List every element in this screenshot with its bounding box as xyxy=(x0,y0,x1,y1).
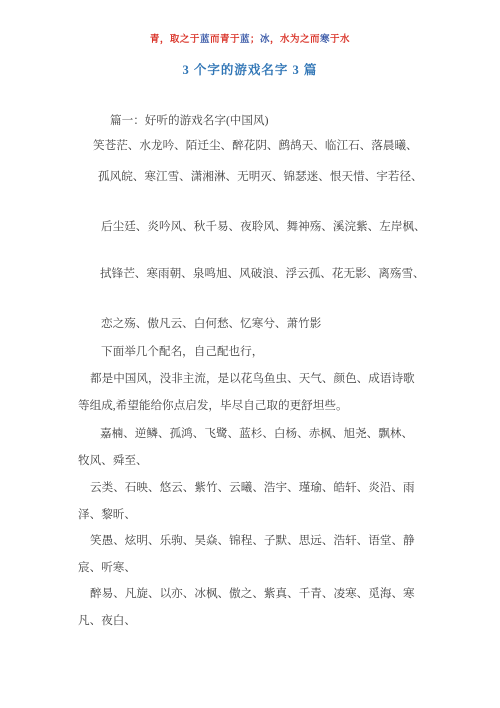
section-heading: 篇一：好听的游戏名字(中国风) xyxy=(78,107,415,134)
page-title: 3 个字的游戏名字 3 篇 xyxy=(0,61,500,79)
quote-segment: 青，取之于 xyxy=(150,35,200,45)
name-list-line: 孤风皖、寒江雪、潇湘淋、无明灭、锦瑟迷、恨天惜、宇若径、 xyxy=(78,163,415,190)
document-page: 青，取之于蓝而青于蓝；冰，水为之而寒于水 3 个字的游戏名字 3 篇 篇一：好听… xyxy=(0,0,500,708)
quote-segment: 蓝 xyxy=(240,35,250,45)
name-list-line: 笑苍茫、水龙吟、陌迁尘、醉花阴、鹧鸪天、临江石、落晨曦、 xyxy=(78,132,415,159)
document-body: 篇一：好听的游戏名字(中国风) 笑苍茫、水龙吟、陌迁尘、醉花阴、鹧鸪天、临江石、… xyxy=(78,107,415,634)
name-list-line: 后尘廷、炎吟风、秋千易、夜聆风、舞神殇、溪浣紫、左岸枫、 xyxy=(78,213,415,240)
quote-header: 青，取之于蓝而青于蓝；冰，水为之而寒于水 xyxy=(0,33,500,47)
name-group-line: 笑愚、炫明、乐驹、昊焱、锦程、子默、思远、浩轩、语堂、静宸、听寒、 xyxy=(78,527,415,581)
body-paragraph: 都是中国风，没非主流，是以花鸟鱼虫、天气、颜色、成语诗歌等组成,希望能给你点启发… xyxy=(78,365,415,419)
name-list-line: 拭锋芒、寒雨朝、泉鸣旭、风破浪、浮云孤、花无影、离殇雪、 xyxy=(78,260,415,287)
name-group-line: 嘉楠、逆鳞、孤鸿、飞鹭、蓝杉、白杨、赤枫、旭尧、飘林、牧风、舜至、 xyxy=(78,420,415,474)
quote-segment: 寒 xyxy=(320,35,330,45)
quote-segment: ，水为之而 xyxy=(270,35,320,45)
quote-segment: ； xyxy=(250,35,260,45)
quote-segment: 于水 xyxy=(330,35,350,45)
name-list-line: 恋之殇、傲凡云、白何愁、忆寒兮、萧竹影 xyxy=(78,310,415,337)
name-group-line: 云类、石映、悠云、紫竹、云曦、浩宇、瑾瑜、皓轩、炎沿、雨泽、黎昕、 xyxy=(78,474,415,528)
quote-segment: 而青于 xyxy=(210,35,240,45)
name-group-line: 醉易、凡旋、以亦、冰枫、傲之、紫真、千青、凌寒、觅海、寒凡、夜白、 xyxy=(78,580,415,634)
note-line: 下面举几个配名，自己配也行， xyxy=(78,338,415,365)
quote-segment: 冰 xyxy=(260,35,270,45)
quote-segment: 蓝 xyxy=(200,35,210,45)
